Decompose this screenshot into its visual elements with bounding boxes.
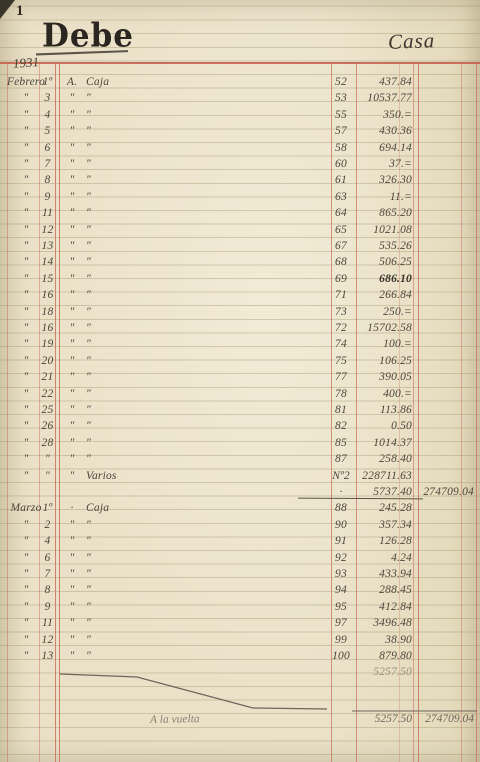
- cell-d2: ″: [86, 404, 156, 416]
- cell-d1: ″: [60, 650, 84, 662]
- cell-d2: ″: [86, 552, 156, 564]
- cell-day: 16: [38, 322, 57, 334]
- ledger-row: 5257.50: [0, 666, 480, 682]
- ledger-row: ″7″″6037.=: [0, 158, 480, 174]
- cell-d2: ″: [86, 519, 156, 531]
- cell-a1: 38.90: [350, 634, 412, 646]
- cell-d1: ″: [60, 601, 84, 613]
- cell-day: 14: [38, 256, 57, 268]
- cell-d1: ″: [60, 420, 84, 432]
- cell-d2: ″: [86, 224, 156, 236]
- cell-d2: ″: [86, 584, 156, 596]
- cell-a1: 113.86: [350, 404, 412, 416]
- ledger-row: ″13″″100879.80: [0, 650, 480, 666]
- ledger-row: ″14″″68506.25: [0, 256, 480, 272]
- cell-d2: ″: [86, 617, 156, 629]
- cell-d2: ″: [86, 256, 156, 268]
- ledger-row: ″28″″851014.37: [0, 437, 480, 453]
- cell-d2: ″: [86, 306, 156, 318]
- cell-d1: ″: [60, 519, 84, 531]
- cell-a1: 250.=: [350, 306, 412, 318]
- cell-a1: 37.=: [350, 158, 412, 170]
- cell-day: 13: [38, 240, 57, 252]
- ledger-row: ″12″″651021.08: [0, 224, 480, 240]
- cell-day: 4: [38, 535, 57, 547]
- cell-d2: ″: [86, 92, 156, 104]
- ledger-row: ″3″″5310537.77: [0, 92, 480, 108]
- cell-a1: 100.=: [350, 338, 412, 350]
- ledger-row: ″9″″95412.84: [0, 601, 480, 617]
- cell-d2: ″: [86, 289, 156, 301]
- ledger-row: ″16″″71266.84: [0, 289, 480, 305]
- ledger-row: ″11″″64865.20: [0, 207, 480, 223]
- ledger-row: ″18″″73250.=: [0, 306, 480, 322]
- cell-a1: 357.34: [350, 519, 412, 531]
- cell-d1: ″: [60, 289, 84, 301]
- cell-d1: ″: [60, 535, 84, 547]
- cell-day: 25: [38, 404, 57, 416]
- cell-day: 19: [38, 338, 57, 350]
- cell-day: 11: [38, 207, 57, 219]
- cell-d1: ″: [60, 437, 84, 449]
- ledger-row: ″4″″91126.28: [0, 535, 480, 551]
- cell-d2: ″: [86, 174, 156, 186]
- ledger-row: Marzo1º·Caja88245.28: [0, 502, 480, 518]
- cell-a1: 433.94: [350, 568, 412, 580]
- cell-a1: 1021.08: [350, 224, 412, 236]
- cell-day: 12: [38, 224, 57, 236]
- carry-forward-row: A la vuelta 5257.50 274709.04: [0, 713, 480, 729]
- ledger-row: ″21″″77390.05: [0, 371, 480, 387]
- cell-d2: Caja: [86, 76, 156, 88]
- cell-d2: ″: [86, 125, 156, 137]
- cell-d1: ·: [60, 502, 84, 514]
- ledger-row: Febrero1ºA.Caja52437.84: [0, 76, 480, 92]
- cell-day: ″: [38, 453, 57, 465]
- cell-day: 13: [38, 650, 57, 662]
- ledger-row: ″5″″57430.36: [0, 125, 480, 141]
- year-label: 1931: [12, 54, 39, 72]
- cell-day: 16: [38, 289, 57, 301]
- cell-day: 1º: [38, 502, 57, 514]
- ledger-row: ″19″″74100.=: [0, 338, 480, 354]
- ledger-row: ″15″″69686.10: [0, 273, 480, 289]
- cell-d2: ″: [86, 437, 156, 449]
- cell-a1: 390.05: [350, 371, 412, 383]
- ledger-row: ″13″″67535.26: [0, 240, 480, 256]
- cell-a1: 350.=: [350, 109, 412, 121]
- cell-d1: ″: [60, 306, 84, 318]
- cell-day: 7: [38, 568, 57, 580]
- cell-d1: ″: [60, 355, 84, 367]
- cell-a1: 266.84: [350, 289, 412, 301]
- cell-d2: Caja: [86, 502, 156, 514]
- cell-a1: 686.10: [350, 273, 412, 285]
- cell-d1: ″: [60, 174, 84, 186]
- cell-day: 2: [38, 519, 57, 531]
- ledger-row: ″12″″9938.90: [0, 634, 480, 650]
- ledger-row: ″6″″924.24: [0, 552, 480, 568]
- cell-d1: ″: [60, 240, 84, 252]
- cell-d1: ″: [60, 92, 84, 104]
- cell-d1: ″: [60, 552, 84, 564]
- cell-d1: ″: [60, 338, 84, 350]
- cell-d1: ″: [60, 256, 84, 268]
- cell-d2: ″: [86, 453, 156, 465]
- cell-a1: 10537.77: [350, 92, 412, 104]
- carry-forward-total-2: 274709.04: [414, 713, 474, 725]
- cell-d2: ″: [86, 142, 156, 154]
- cell-a1: 258.40: [350, 453, 412, 465]
- cell-a1: 228711.63: [350, 470, 412, 482]
- cell-a1: 15702.58: [350, 322, 412, 334]
- cell-d1: ″: [60, 568, 84, 580]
- carry-forward-total-1: 5257.50: [350, 713, 412, 725]
- cell-d2: ″: [86, 634, 156, 646]
- ledger-row: ″25″″81113.86: [0, 404, 480, 420]
- cell-day: 4: [38, 109, 57, 121]
- cell-a1: 0.50: [350, 420, 412, 432]
- cell-day: 11: [38, 617, 57, 629]
- cell-day: 6: [38, 552, 57, 564]
- cell-day: 20: [38, 355, 57, 367]
- cell-a1: 437.84: [350, 76, 412, 88]
- cell-day: 9: [38, 601, 57, 613]
- ledger-row: ″″″″87258.40: [0, 453, 480, 469]
- cell-a1: 694.14: [350, 142, 412, 154]
- cell-d2: ″: [86, 240, 156, 252]
- ledger-row: ″26″″820.50: [0, 420, 480, 436]
- cell-a1: 326.30: [350, 174, 412, 186]
- cell-d1: ″: [60, 322, 84, 334]
- carry-forward-label: A la vuelta: [150, 712, 260, 726]
- ledger-row: ″22″″78400.=: [0, 388, 480, 404]
- cell-d1: ″: [60, 273, 84, 285]
- ledger-row-subtotal: ·5737.40274709.04: [0, 486, 480, 502]
- ledger-row: ″6″″58694.14: [0, 142, 480, 158]
- cell-d2: ″: [86, 158, 156, 170]
- cell-d1: ″: [60, 453, 84, 465]
- cell-a1: 4.24: [350, 552, 412, 564]
- cell-d1: ″: [60, 109, 84, 121]
- cell-d1: ″: [60, 142, 84, 154]
- cell-day: 12: [38, 634, 57, 646]
- cell-d1: ″: [60, 470, 84, 482]
- cell-day: 18: [38, 306, 57, 318]
- ledger-row: ″16″″7215702.58: [0, 322, 480, 338]
- cell-d2: ″: [86, 207, 156, 219]
- cell-d1: ″: [60, 207, 84, 219]
- cell-day: 8: [38, 174, 57, 186]
- cell-d1: ″: [60, 404, 84, 416]
- cell-d2: ″: [86, 650, 156, 662]
- cell-day: 26: [38, 420, 57, 432]
- cell-a1: 535.26: [350, 240, 412, 252]
- ledger-row: ″9″″6311.=: [0, 191, 480, 207]
- cell-d2: ″: [86, 535, 156, 547]
- cell-d2: ″: [86, 338, 156, 350]
- cell-a1: 5737.40: [350, 486, 412, 498]
- cell-d2: ″: [86, 273, 156, 285]
- cell-day: 3: [38, 92, 57, 104]
- cell-a1: 3496.48: [350, 617, 412, 629]
- ledger-row: ″11″″973496.48: [0, 617, 480, 633]
- ledger-row: ″7″″93433.94: [0, 568, 480, 584]
- cell-a1: 865.20: [350, 207, 412, 219]
- cell-d2: ″: [86, 568, 156, 580]
- cell-d2: ″: [86, 601, 156, 613]
- cell-a1: 879.80: [350, 650, 412, 662]
- cell-a1: 506.25: [350, 256, 412, 268]
- cell-day: 22: [38, 388, 57, 400]
- cell-d1: ″: [60, 388, 84, 400]
- cell-a1: 106.25: [350, 355, 412, 367]
- cell-d2: ″: [86, 371, 156, 383]
- cell-d2: ″: [86, 191, 156, 203]
- cell-d2: ″: [86, 388, 156, 400]
- ledger-page: 1 Debe Casa 1931 Febrero1ºA.Caja52437.84…: [0, 0, 480, 762]
- cell-a1: 11.=: [350, 191, 412, 203]
- cell-d1: ″: [60, 617, 84, 629]
- cell-day: 5: [38, 125, 57, 137]
- cell-a1: 1014.37: [350, 437, 412, 449]
- cell-a2: 274709.04: [414, 486, 474, 498]
- cell-d1: ″: [60, 634, 84, 646]
- cell-d2: ″: [86, 420, 156, 432]
- cell-d2: ″: [86, 355, 156, 367]
- cell-d2: Varios: [86, 470, 156, 482]
- cell-d1: A.: [60, 76, 84, 88]
- cell-d2: ″: [86, 109, 156, 121]
- cell-day: 21: [38, 371, 57, 383]
- cell-d1: ″: [60, 584, 84, 596]
- cell-day: 7: [38, 158, 57, 170]
- cell-day: 28: [38, 437, 57, 449]
- cell-a1: 412.84: [350, 601, 412, 613]
- cell-d1: ″: [60, 371, 84, 383]
- cell-a1: 5257.50: [350, 666, 412, 678]
- cell-day: 6: [38, 142, 57, 154]
- ledger-row: ″20″″75106.25: [0, 355, 480, 371]
- cell-d2: ″: [86, 322, 156, 334]
- cell-d1: ″: [60, 158, 84, 170]
- cell-day: 9: [38, 191, 57, 203]
- cell-a1: 245.28: [350, 502, 412, 514]
- ledger-row: ″8″″61326.30: [0, 174, 480, 190]
- cell-day: 8: [38, 584, 57, 596]
- cell-a1: 430.36: [350, 125, 412, 137]
- ledger-row: ″8″″94288.45: [0, 584, 480, 600]
- cell-day: 1º: [38, 76, 57, 88]
- cell-a1: 126.28: [350, 535, 412, 547]
- cell-d1: ″: [60, 191, 84, 203]
- ledger-row: ″″″VariosNº2228711.63: [0, 470, 480, 486]
- cell-day: 15: [38, 273, 57, 285]
- cell-a1: 400.=: [350, 388, 412, 400]
- cell-d1: ″: [60, 224, 84, 236]
- ledger-row: ″2″″90357.34: [0, 519, 480, 535]
- cell-a1: 288.45: [350, 584, 412, 596]
- cell-d1: ″: [60, 125, 84, 137]
- ledger-row: ″4″″55350.=: [0, 109, 480, 125]
- cell-day: ″: [38, 470, 57, 482]
